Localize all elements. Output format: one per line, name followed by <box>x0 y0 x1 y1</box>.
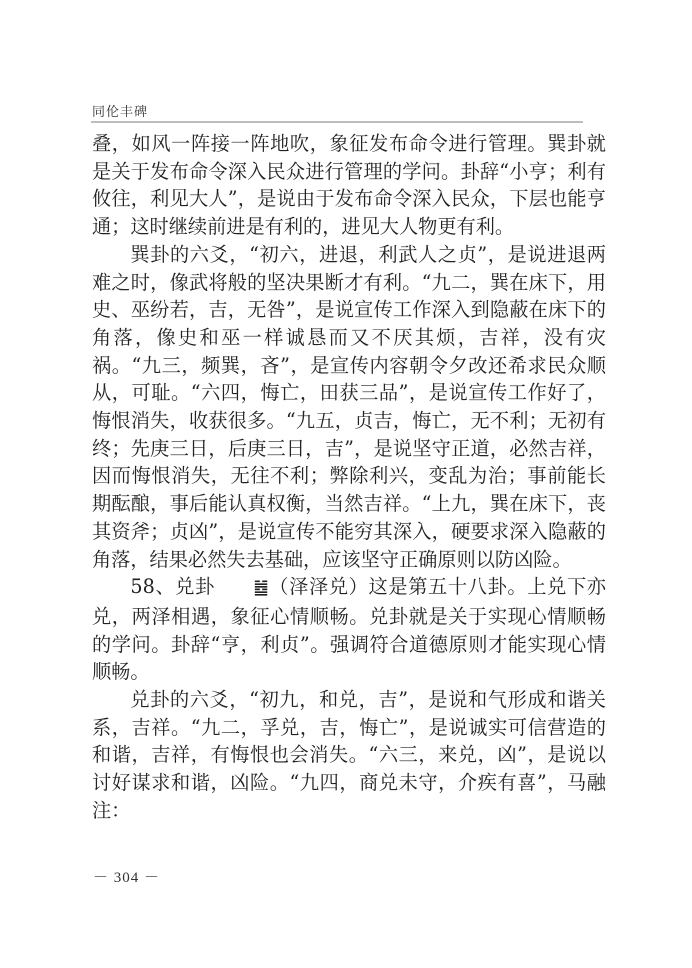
section-number-label: 58、兑卦 <box>130 575 215 598</box>
running-head-title: 同伦丰碑 <box>92 101 148 120</box>
dui-hexagram-icon: ䷹ <box>215 575 269 603</box>
paragraph-xun-six-lines: 巽卦的六爻，“初六，进退，利武人之贞”，是说进退两难之时，像武将般的坚决果断才有… <box>92 241 606 573</box>
paragraph-xun-intro-continued: 叠，如风一阵接一阵地吹，象征发布命令进行管理。巽卦就是关于发布命令深入民众进行管… <box>92 130 606 241</box>
header-rule-divider <box>91 121 583 123</box>
body-text: 叠，如风一阵接一阵地吹，象征发布命令进行管理。巽卦就是关于发布命令深入民众进行管… <box>92 130 606 825</box>
paragraph-dui-six-lines: 兑卦的六爻，“初九，和兑，吉”，是说和气形成和谐关系，吉祥。“九二，孚兑，吉，悔… <box>92 686 606 825</box>
page-number: － 304 － <box>93 866 160 887</box>
book-page: 同伦丰碑 叠，如风一阵接一阵地吹，象征发布命令进行管理。巽卦就是关于发布命令深入… <box>0 0 692 968</box>
paragraph-dui-intro: 58、兑卦䷹（泽泽兑）这是第五十八卦。上兑下亦兑，两泽相遇，象征心情顺畅。兑卦就… <box>92 573 606 686</box>
